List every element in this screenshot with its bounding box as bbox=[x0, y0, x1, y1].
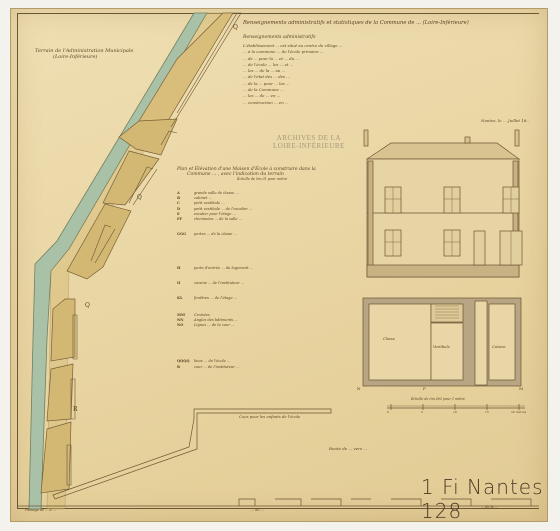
legend-text: cour ... de l'instituteur ... bbox=[194, 365, 239, 370]
document-sheet: Terrain de l'Administration Municipale (… bbox=[10, 8, 548, 522]
margin-label: Q bbox=[233, 25, 238, 32]
legend-item: IIcuisine ... de l'instituteur ... bbox=[177, 281, 355, 296]
room-cuisine bbox=[489, 304, 515, 380]
header-title: Renseignements administratifs et statist… bbox=[243, 21, 469, 27]
legend-item: FFcheminées ... de la salle ... bbox=[177, 217, 355, 232]
legend-text: cuisine ... de l'instituteur ... bbox=[194, 281, 244, 296]
footer-caption: ... de ... bbox=[251, 509, 264, 513]
floor-plan bbox=[363, 298, 525, 410]
plan-corner-label: P bbox=[423, 387, 426, 392]
plan-scale-tick: 20 mètres bbox=[511, 411, 526, 414]
yard-label: Cour pour les enfants de l'école bbox=[239, 415, 300, 419]
legend-text: porte d'entrée ... du logement ... bbox=[194, 266, 253, 281]
plan-scale-tick: 5 bbox=[421, 411, 423, 414]
bottom-note: Route de ... vers ... bbox=[329, 447, 367, 452]
plan-room-label: Cuisine bbox=[492, 345, 506, 349]
plan-scale-label: Échelle de 0m.005 pour 1 mètre bbox=[411, 398, 465, 402]
paragraph-line: ... construction ... en ... bbox=[243, 100, 538, 106]
passage bbox=[475, 301, 487, 385]
legend-key: H bbox=[177, 266, 191, 281]
plan-room-label: Vestibule bbox=[433, 345, 450, 349]
entrance-door bbox=[474, 231, 485, 265]
legend-title: Plan et Élévation d'une Maison d'École à… bbox=[177, 167, 316, 181]
room-classe bbox=[369, 304, 431, 380]
legend-item: GGGportes ... de la classe ... bbox=[177, 232, 355, 266]
room-vestibule bbox=[431, 323, 463, 380]
neighbor-label: Terrain de l'Administration Municipale (… bbox=[35, 49, 133, 61]
neighbor-label-line2: (Loire-Inférieure) bbox=[35, 55, 133, 61]
legend-key: R bbox=[177, 365, 191, 370]
plot-5 bbox=[51, 299, 75, 361]
plot-6 bbox=[47, 364, 73, 421]
archive-stamp: ARCHIVES DE LA LOIRE-INFÉRIEURE bbox=[273, 135, 345, 150]
header-paragraph: L'établissement ... est situé au centre … bbox=[243, 43, 538, 106]
archive-reference: 1 Fi Nantes 128 bbox=[421, 475, 547, 522]
legend-key: KL bbox=[177, 296, 191, 313]
yard-boundary bbox=[53, 409, 331, 499]
plan-room-label: Classe bbox=[383, 337, 395, 341]
legend-item: Rcour ... de l'instituteur ... bbox=[177, 365, 355, 370]
legend-item: KLfenêtres ... de l'étage ... bbox=[177, 296, 355, 313]
legend-text: cheminées ... de la salle ... bbox=[194, 217, 242, 232]
plan-scale-tick: 0 bbox=[387, 411, 389, 414]
legend-key: II bbox=[177, 281, 191, 296]
header-signoff: Nantes, le ... Juillet 18.. bbox=[481, 119, 529, 124]
legend-list: Agrande salle de classe ... Bcabinet ...… bbox=[177, 191, 355, 370]
building-elevation bbox=[364, 130, 522, 277]
legend-scale-note: Échelle de 0m.01 pour mètre bbox=[177, 178, 316, 182]
plan-corner-label: M bbox=[519, 387, 523, 392]
footer-caption: Passage de ... à ... bbox=[25, 509, 56, 513]
legend-key: NO bbox=[177, 323, 191, 359]
staircase bbox=[431, 304, 463, 322]
legend-key: FF bbox=[177, 217, 191, 232]
legend-key: GGG bbox=[177, 232, 191, 266]
legend-item: NOLignes ... de la cour ... bbox=[177, 323, 355, 359]
plan-corner-label: N bbox=[357, 387, 361, 392]
plot-7 bbox=[41, 422, 71, 493]
margin-label: R bbox=[73, 407, 78, 414]
stamp-line2: LOIRE-INFÉRIEURE bbox=[273, 143, 345, 151]
legend-text: portes ... de la classe ... bbox=[194, 232, 237, 266]
margin-label: Q bbox=[137, 195, 142, 202]
plan-scale-tick: 10 bbox=[453, 411, 457, 414]
legend-text: fenêtres ... de l'étage ... bbox=[194, 296, 237, 313]
legend-item: Hporte d'entrée ... du logement ... bbox=[177, 266, 355, 281]
margin-label: Q bbox=[85, 303, 90, 310]
header-subtitle: Renseignements administratifs bbox=[243, 35, 315, 40]
plan-scale-tick: 15 bbox=[485, 411, 489, 414]
legend-text: Lignes ... de la cour ... bbox=[194, 323, 235, 359]
